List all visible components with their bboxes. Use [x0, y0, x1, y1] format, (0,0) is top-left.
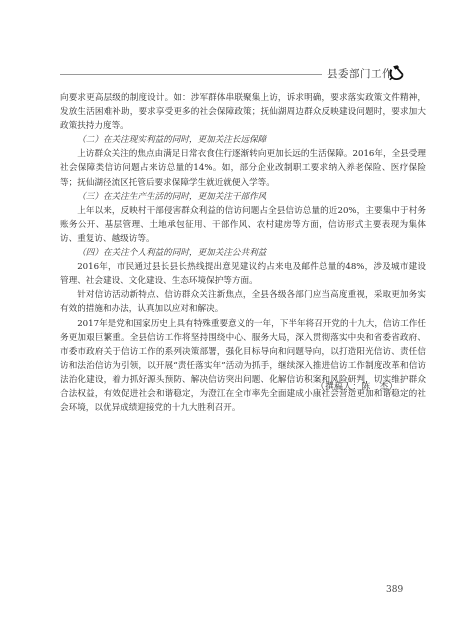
subheading-3: （三）在关注生产生活的同时，更加关注干部作风	[60, 190, 426, 204]
paragraph: 2016年，市民通过县长县长热线提出意见建议约占来电及邮件总量的48%，涉及城市…	[60, 260, 426, 288]
header-rule	[60, 74, 322, 75]
subheading-2: （二）在关注现实利益的同时，更加关注长远保障	[60, 133, 426, 147]
paragraph: 2017年是党和国家历史上具有特殊重要意义的一年，下半年将召开党的十九大，信访工…	[60, 317, 426, 416]
section-title: 县委部门工作	[327, 66, 393, 81]
paragraph: 针对信访活动新特点、信访群众关注新焦点，全县各级各部门应当高度重视，采取更加务实…	[60, 288, 426, 316]
paragraph-continuation: 向要求更高层级的制度设计。如：涉军群体串联聚集上访，诉求明确，要求落实政策文件精…	[60, 91, 426, 133]
running-header: 县委部门工作	[0, 62, 468, 86]
party-emblem-icon	[386, 63, 406, 83]
article-body: 向要求更高层级的制度设计。如：涉军群体串联聚集上访，诉求明确，要求落实政策文件精…	[60, 91, 426, 415]
page-number: 389	[386, 585, 403, 595]
subheading-4: （四）在关注个人利益的同时，更加关注公共利益	[60, 246, 426, 260]
paragraph: 上访群众关注的焦点由满足日常衣食住行逐渐转向更加长远的生活保障。2016年，全县…	[60, 147, 426, 189]
author-signature: （撰稿人：陈 杰）	[316, 380, 398, 392]
paragraph: 上年以来，反映村干部侵害群众利益的信访问题占全县信访总量的近20%，主要集中于村…	[60, 204, 426, 246]
